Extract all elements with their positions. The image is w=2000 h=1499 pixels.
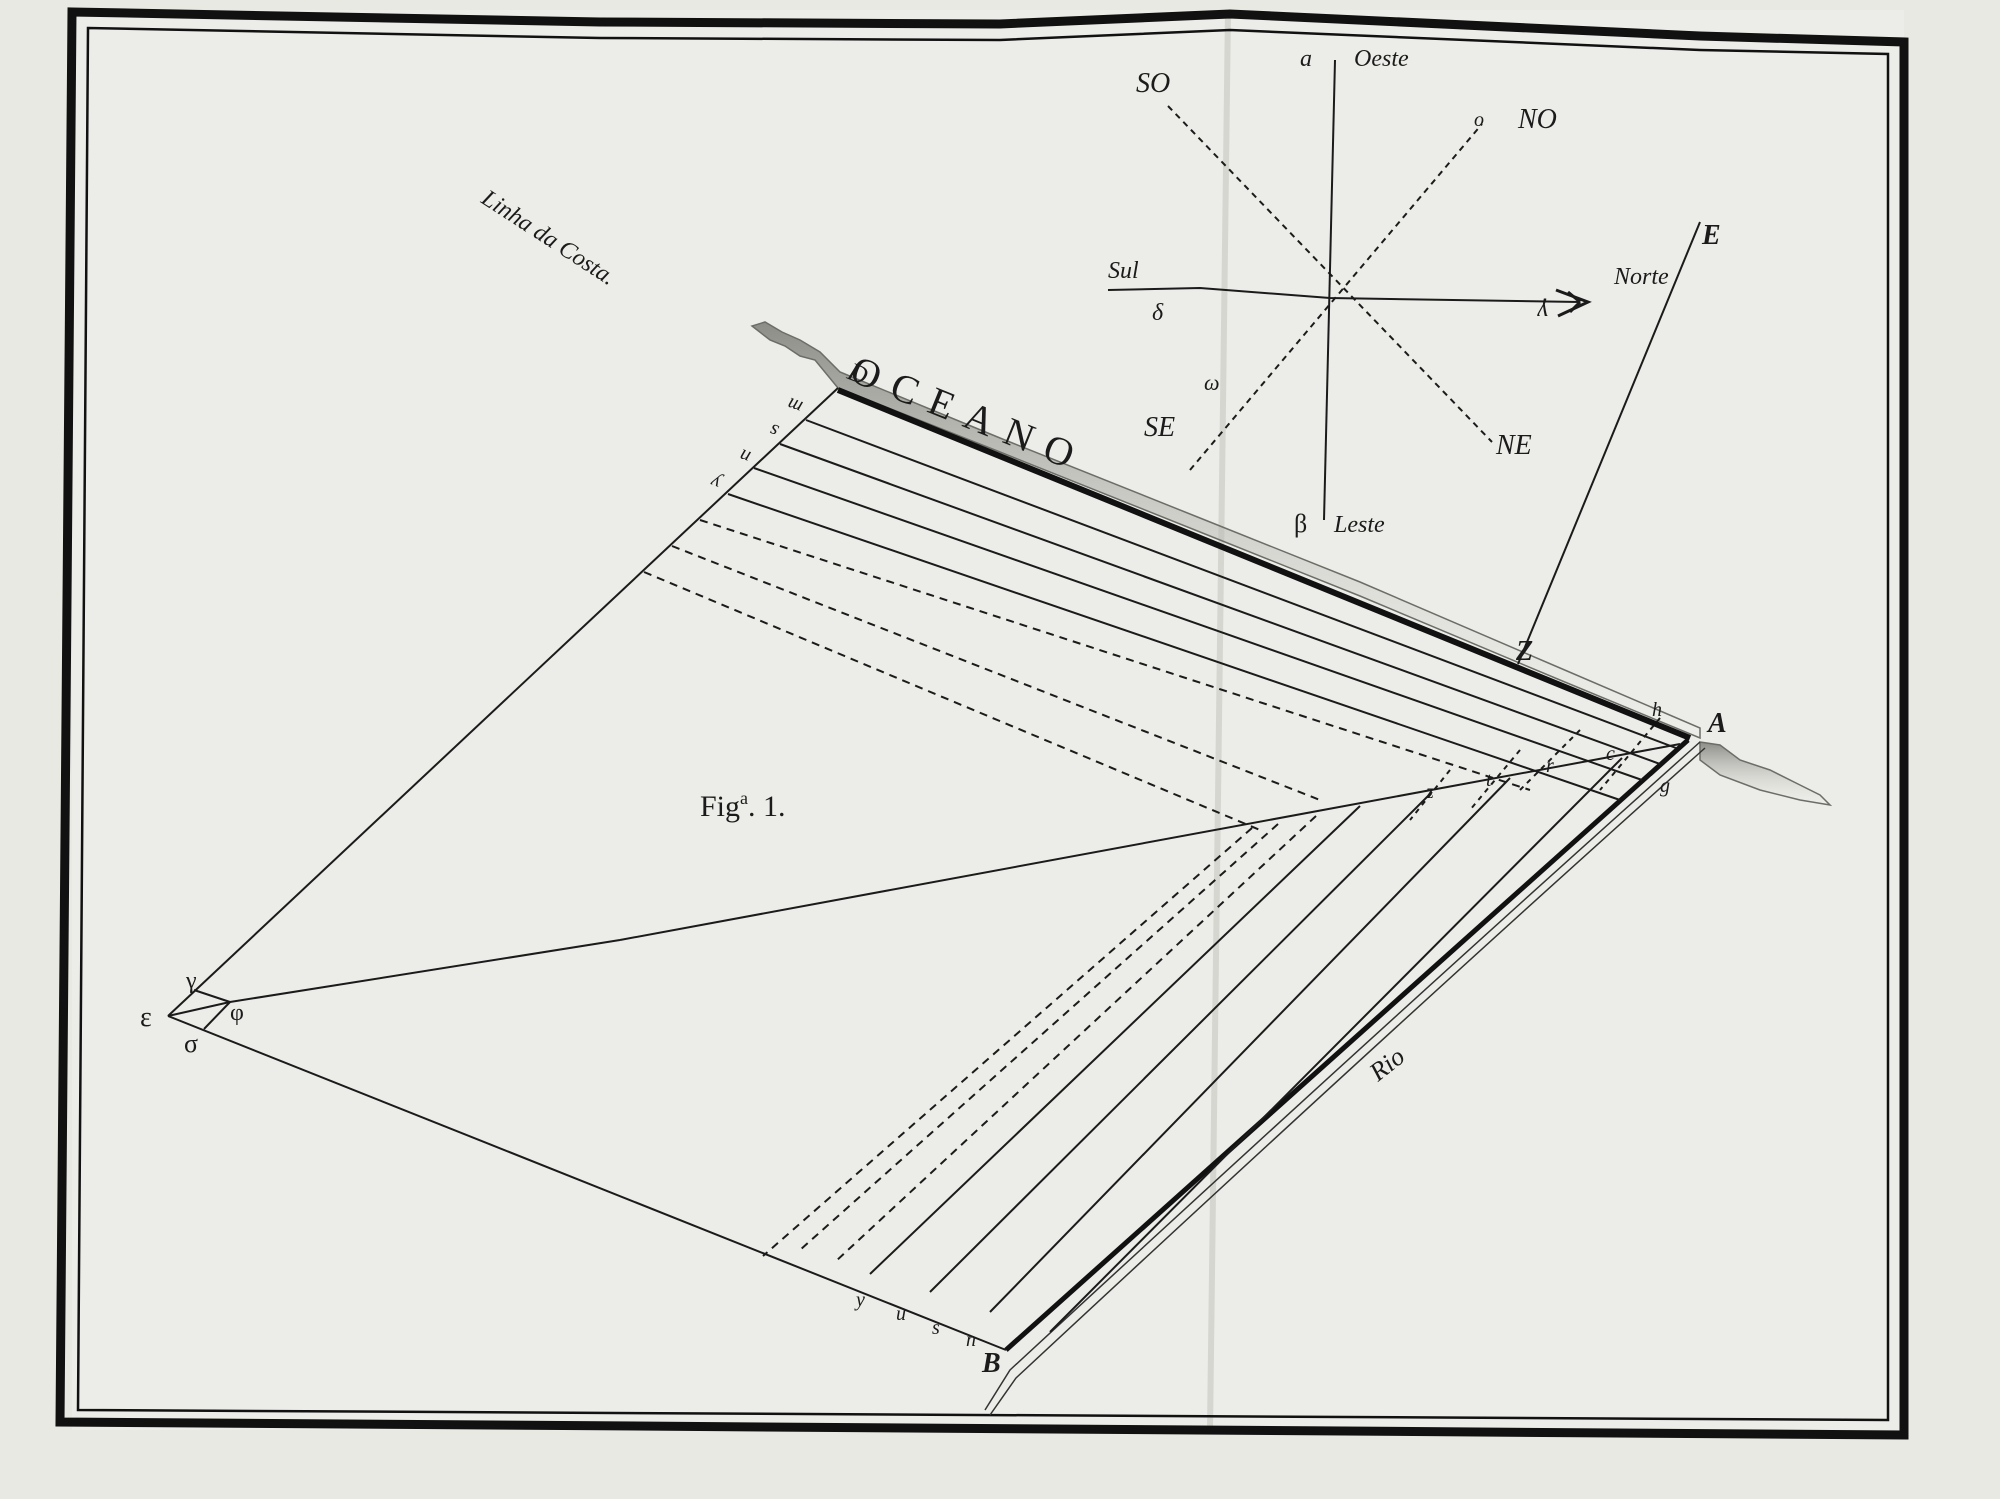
compass-northeast: NE [1495,430,1532,461]
point-z-label: z [1425,781,1434,803]
plate-area [72,10,1904,1430]
point-epsilon-label: ε [140,1002,152,1033]
compass-gamma: γ [1537,298,1548,327]
point-g-label: g [1660,775,1670,797]
point-t-label: t [1486,769,1492,791]
bottom-mark-s: s [932,1317,940,1339]
compass-east: Leste [1333,512,1385,538]
compass-northwest: NO [1517,104,1557,135]
compass-southeast: SE [1144,412,1175,443]
compass-alpha: a [1300,46,1312,72]
point-A-label: A [1706,708,1727,739]
compass-omega: ω [1204,370,1220,395]
bottom-mark-y: y [854,1289,865,1311]
point-c-label: c [1606,743,1615,765]
compass-south: Sul [1108,258,1139,284]
point-E-label: E [1701,220,1721,251]
compass-southwest: SO [1136,68,1170,99]
point-gamma-label: γ [185,968,197,994]
compass-north: Norte [1613,264,1669,290]
point-h-label: h [1652,699,1662,721]
engraved-plate: Linha da Costa. OCEANO D Rio Figa. 1. a … [0,0,2000,1499]
bottom-mark-u: u [896,1303,906,1325]
bottom-mark-n: n [966,1329,976,1351]
point-r-label: r [1546,755,1554,777]
compass-beta: β [1294,509,1307,538]
point-B-label: B [981,1348,1001,1379]
point-Z-label: Z [1515,636,1533,667]
compass-west: Oeste [1354,46,1409,72]
compass-small-o: o [1474,109,1484,131]
point-phi-label: φ [230,1000,244,1026]
point-sigma-label: σ [184,1029,198,1058]
compass-delta: δ [1152,300,1164,326]
